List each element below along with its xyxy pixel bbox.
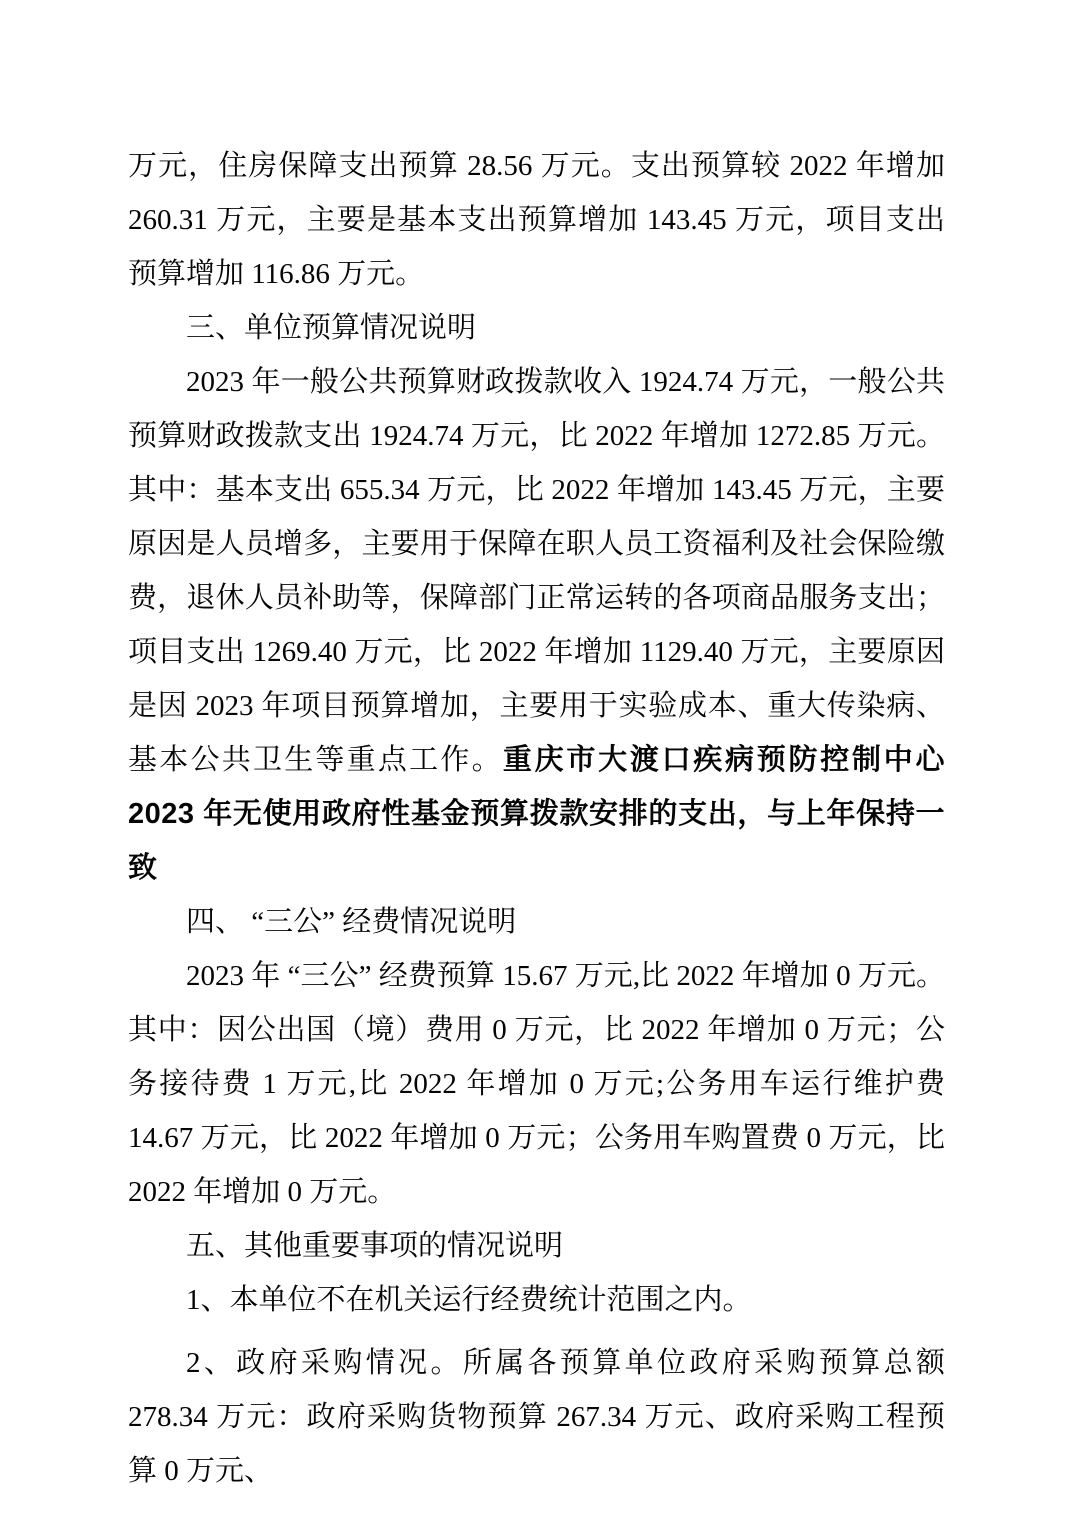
paragraph-expenditure-continuation: 万元，住房保障支出预算 28.56 万元。支出预算较 2022 年增加 260.…	[128, 139, 945, 301]
document-page: 万元，住房保障支出预算 28.56 万元。支出预算较 2022 年增加 260.…	[0, 0, 1074, 1520]
heading-section-4: 四、 “三公” 经费情况说明	[128, 895, 945, 949]
paragraph-other-item-1: 1、本单位不在机关运行经费统计范围之内。	[128, 1273, 945, 1327]
unit-budget-normal-text: 2023 年一般公共预算财政拨款收入 1924.74 万元，一般公共预算财政拨款…	[128, 366, 945, 776]
paragraph-three-public-expenses: 2023 年 “三公” 经费预算 15.67 万元,比 2022 年增加 0 万…	[128, 949, 945, 1219]
paragraph-unit-budget: 2023 年一般公共预算财政拨款收入 1924.74 万元，一般公共预算财政拨款…	[128, 355, 945, 895]
heading-section-5: 五、其他重要事项的情况说明	[128, 1219, 945, 1273]
paragraph-other-item-2-government-procurement: 2、政府采购情况。所属各预算单位政府采购预算总额 278.34 万元：政府采购货…	[128, 1336, 945, 1498]
heading-section-3: 三、单位预算情况说明	[128, 301, 945, 355]
